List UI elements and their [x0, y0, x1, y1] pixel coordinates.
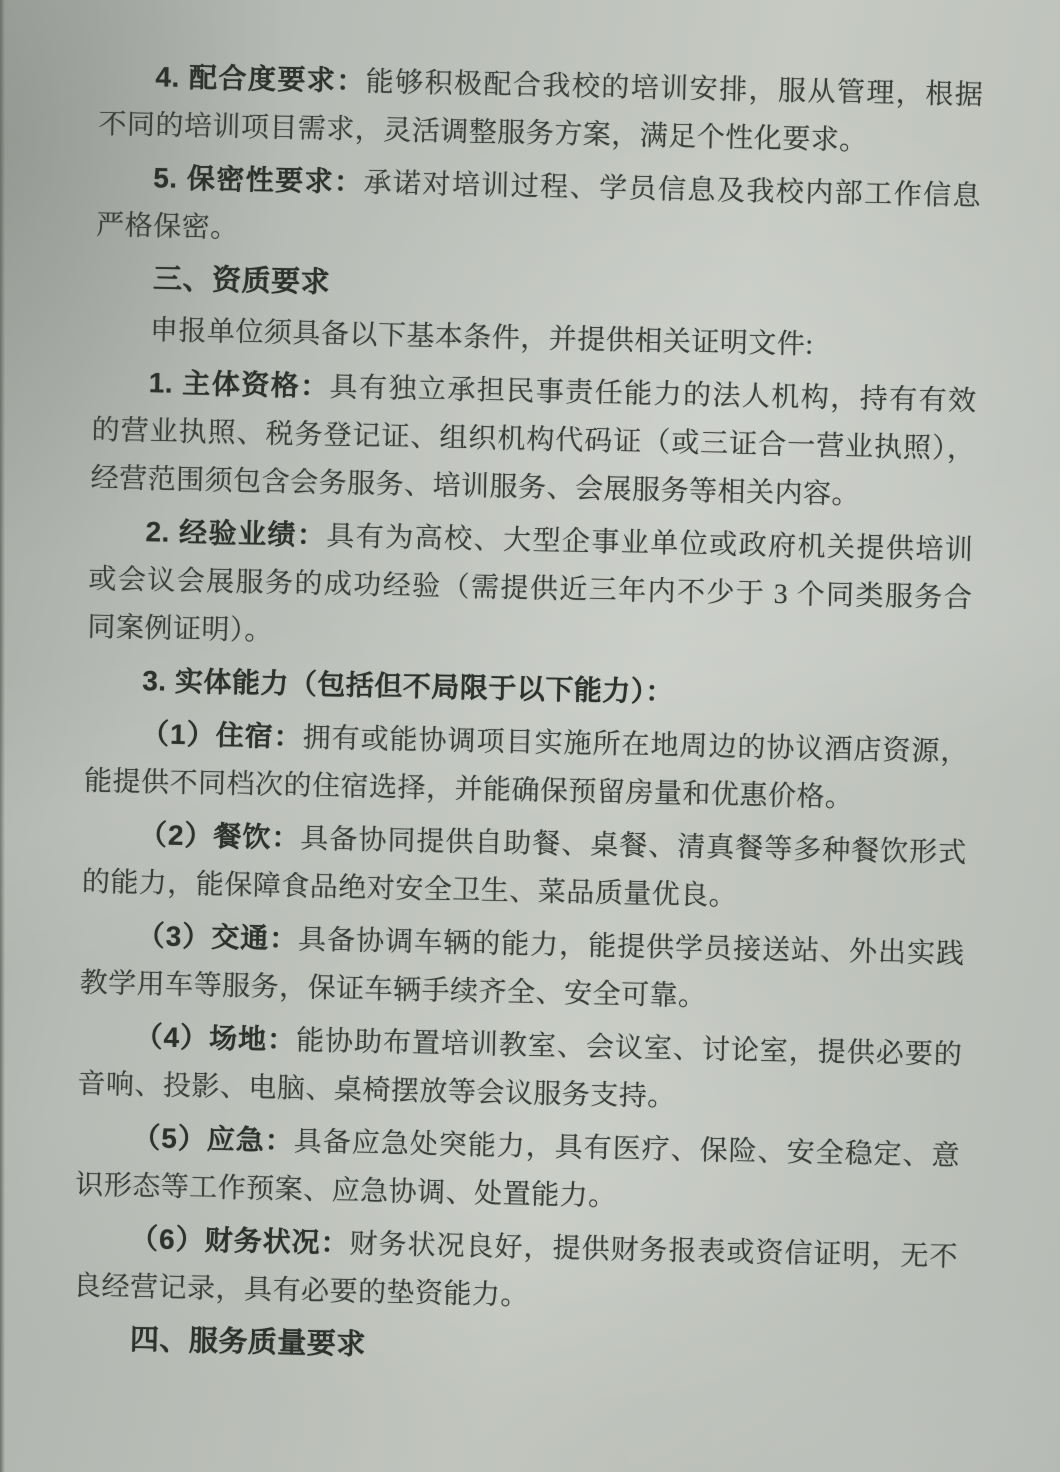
- paragraph: 1. 主体资格：具有独立承担民事责任能力的法人机构，持有有效的营业执照、税务登记…: [90, 358, 977, 522]
- paragraph: （4）场地：能协助布置培训教室、会议室、讨论室，提供必要的音响、投影、电脑、桌椅…: [77, 1012, 963, 1128]
- paragraph: （1）住宿：拥有或能协调项目实施所在地周边的协议酒店资源，能提供不同档次的住宿选…: [84, 709, 970, 825]
- paragraph: 5. 保密性要求：承诺对培训过程、学员信息及我校内部工作信息严格保密。: [96, 153, 982, 269]
- paragraph: （3）交通：具备协调车辆的能力，能提供学员接送站、外出实践教学用车等服务，保证车…: [79, 911, 965, 1027]
- paragraph-label: （1）住宿：: [141, 718, 303, 753]
- paragraph-label: 5. 保密性要求：: [153, 162, 364, 198]
- document-body: 4. 配合度要求：能够积极配合我校的培训安排，服从管理，根据不同的培训项目需求，…: [71, 52, 983, 1386]
- paragraph-label: 1. 主体资格：: [148, 367, 330, 402]
- paragraph-label: （5）应急：: [132, 1122, 294, 1157]
- paragraph-label: 2. 经验业绩：: [145, 516, 327, 551]
- paragraph: （5）应急：具备应急处突能力，具有医疗、保险、安全稳定、意识形态等工作预案、应急…: [75, 1113, 961, 1229]
- paragraph: （2）餐饮：具备协同提供自助餐、桌餐、清真餐等多种餐饮形式的能力，能保障食品绝对…: [81, 810, 967, 926]
- paragraph-label: （6）财务状况：: [130, 1223, 350, 1259]
- paragraph: 2. 经验业绩：具有为高校、大型企事业单位或政府机关提供培训或会议会展服务的成功…: [87, 507, 974, 671]
- paragraph: （6）财务状况：财务状况良好，提供财务报表或资信证明，无不良经营记录，具有必要的…: [73, 1214, 959, 1330]
- photographed-page: 4. 配合度要求：能够积极配合我校的培训安排，服从管理，根据不同的培训项目需求，…: [0, 0, 1060, 1472]
- paragraph-label: 4. 配合度要求：: [155, 61, 366, 97]
- paragraph: 4. 配合度要求：能够积极配合我校的培训安排，服从管理，根据不同的培训项目需求，…: [98, 52, 984, 168]
- photo-edge-shadow: [0, 0, 5, 1472]
- paragraph-label: 3. 实体能力（包括但不局限于以下能力）：: [142, 665, 674, 708]
- paragraph-label: （3）交通：: [136, 920, 298, 955]
- paragraph-label: （2）餐饮：: [139, 819, 301, 854]
- paragraph-label: （4）场地：: [134, 1021, 296, 1056]
